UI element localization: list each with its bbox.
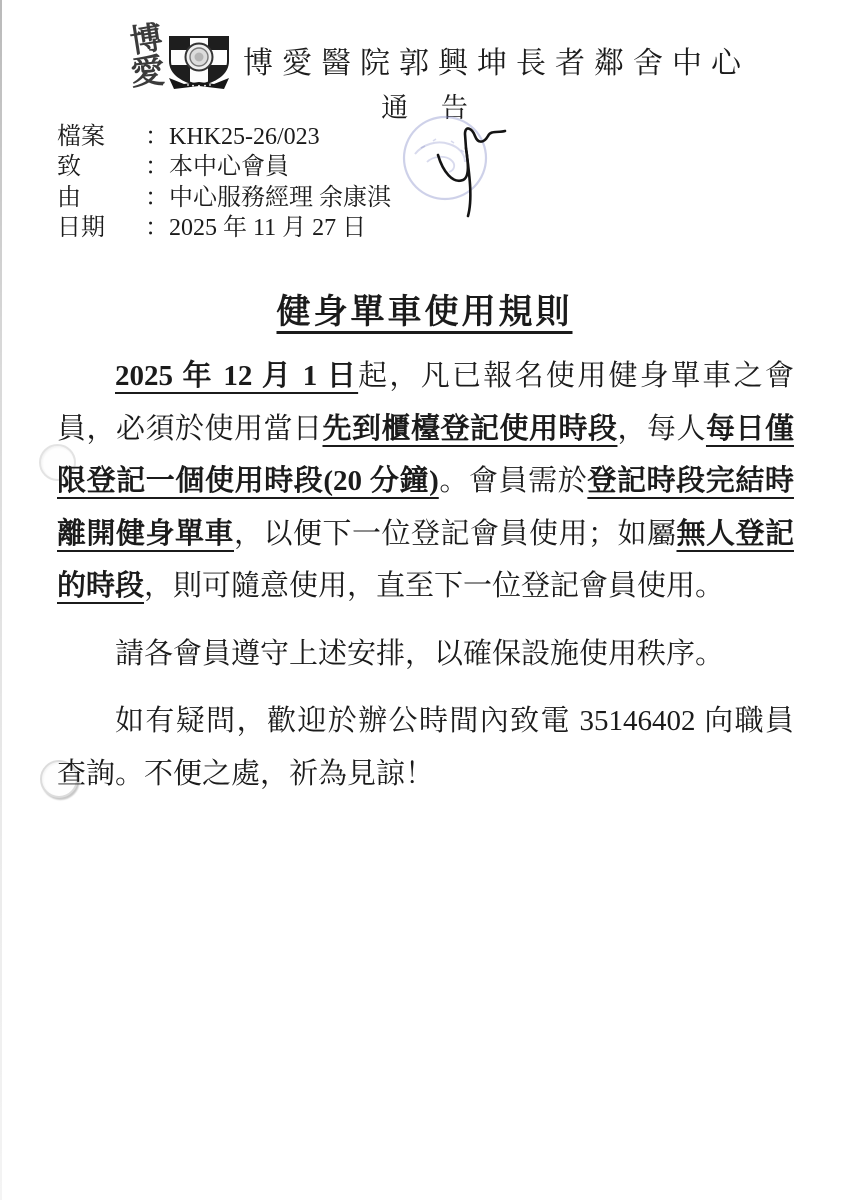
text-segment: ，則可隨意使用，直至下一位登記會員使用。 — [144, 570, 724, 602]
meta-label: 日期 — [57, 207, 145, 242]
meta-row-to: 致 ：本中心會員 — [57, 149, 391, 180]
text-segment: ，每人 — [617, 413, 706, 445]
document-meta: 檔案 ：KHK25-26/023 致 ：本中心會員 由 ：中心服務經理 余康淇 … — [57, 118, 391, 240]
text-segment: 。會員需於 — [439, 465, 588, 497]
scan-edge-artifact — [0, 0, 2, 1200]
round-stamp-icon — [404, 117, 486, 199]
notice-paragraph: 2025 年 12 月 1 日起，凡已報名使用健身單車之會員，必須於使用當日先到… — [57, 350, 794, 613]
meta-row-from: 由 ：中心服務經理 余康淇 — [57, 179, 391, 210]
notice-document-page: 博愛 博愛醫院郭興坤長者鄰舍中心 通 告 — [0, 0, 849, 1200]
text-segment: ，以便下一位登記會員使用；如屬 — [234, 518, 676, 550]
notice-paragraph: 如有疑問，歡迎於辦公時間內致電 35146402 向職員查詢。不便之處，祈為見諒… — [57, 695, 794, 800]
meta-value: ：2025 年 11 月 27 日 — [145, 207, 366, 242]
stamp-and-signature — [393, 110, 543, 233]
signature-icon — [438, 128, 505, 216]
text-segment: 先到櫃檯登記使用時段 — [322, 413, 617, 445]
text-segment: 如有疑問，歡迎於辦公時間內致電 35146402 向職員查詢。不便之處，祈為見諒… — [57, 705, 794, 790]
meta-row-file: 檔案 ：KHK25-26/023 — [57, 118, 391, 149]
notice-title: 健身單車使用規則 — [0, 284, 849, 333]
text-segment: 請各會員遵守上述安排，以確保設施使用秩序。 — [115, 638, 724, 670]
meta-row-date: 日期 ：2025 年 11 月 27 日 — [57, 210, 391, 241]
text-segment: 2025 年 12 月 1 日 — [115, 360, 358, 392]
org-name: 博愛醫院郭興坤長者鄰舍中心 — [243, 38, 750, 82]
notice-paragraph: 請各會員遵守上述安排，以確保設施使用秩序。 — [57, 628, 794, 681]
notice-body: 2025 年 12 月 1 日起，凡已報名使用健身單車之會員，必須於使用當日先到… — [57, 350, 794, 815]
